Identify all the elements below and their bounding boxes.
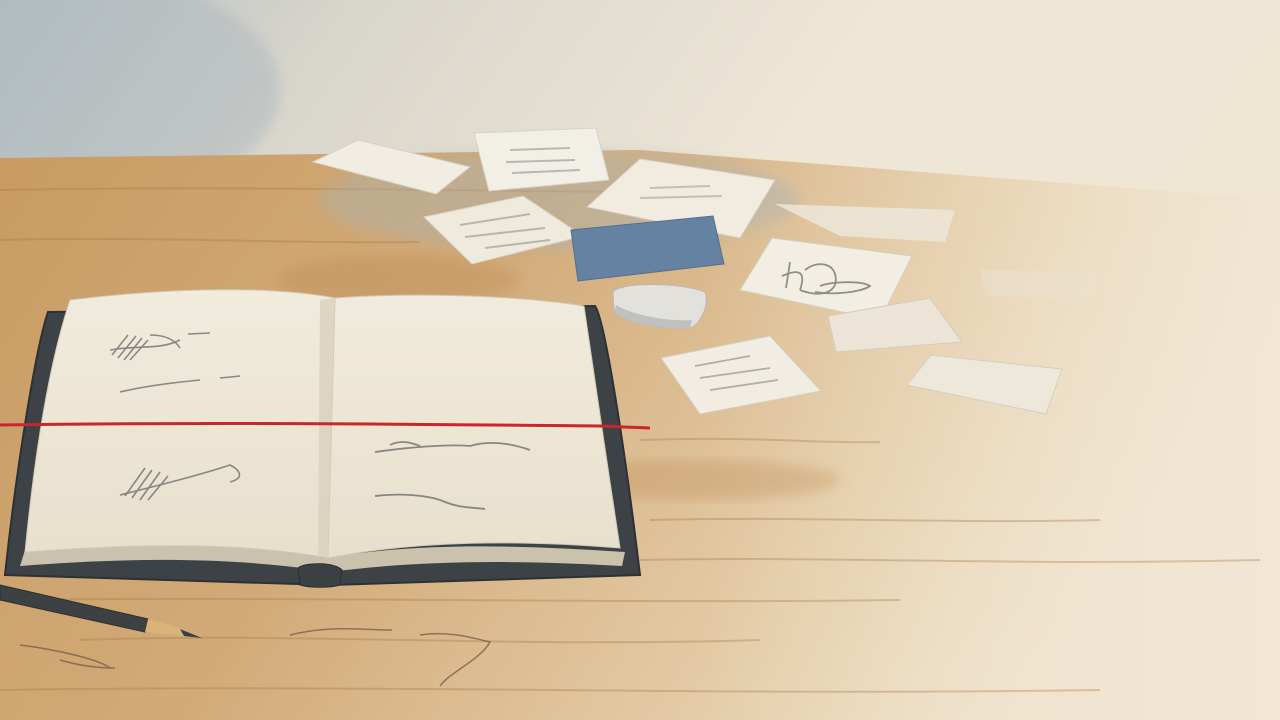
scene-illustration [0,0,1280,720]
note-10 [980,270,1100,300]
watercolor-scene [0,0,1280,720]
note-2 [474,128,609,191]
sketchbook [5,290,640,587]
